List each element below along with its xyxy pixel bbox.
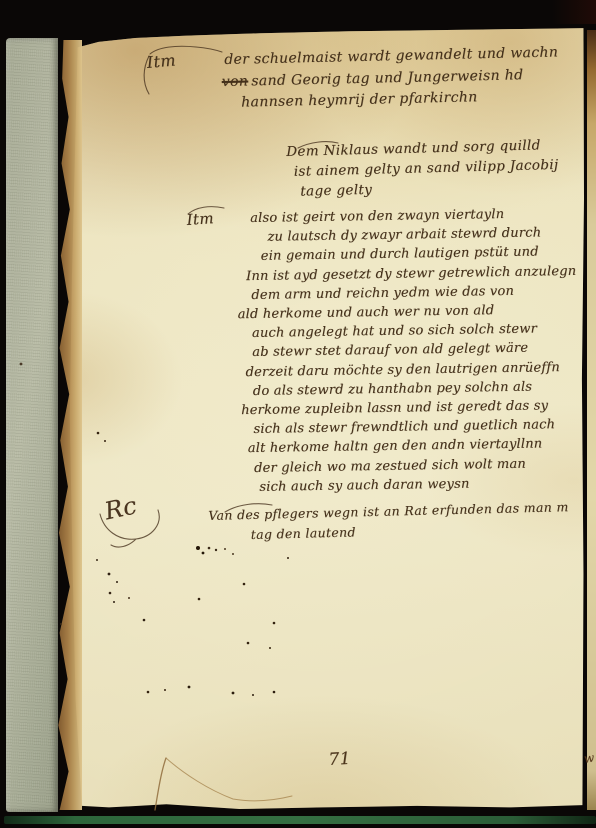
line-text: sand Georig tag und Jungerweisn hd — [251, 67, 523, 89]
edge-pen-mark: w — [583, 751, 595, 766]
folio-number: 71 — [328, 749, 351, 770]
entry-2: Dem Niklaus wandt und sorg quilld ist ai… — [286, 135, 559, 202]
entry-1: der schuelmaist wardt gewandelt und wach… — [224, 42, 559, 114]
underlying-page-edge — [587, 30, 596, 810]
ink-specks — [0, 0, 2, 2]
item-marker-1: Itm — [146, 50, 177, 71]
item-marker-2: Itm — [186, 209, 214, 229]
table-edge-strip — [4, 816, 596, 824]
book-cover-edge — [6, 38, 58, 812]
photo-corner-shading — [552, 0, 596, 24]
struck-word: von — [222, 73, 249, 90]
entry-3: also ist geirt von den zwayn viertayln z… — [250, 204, 580, 497]
manuscript-photo: Itm der schuelmaist wardt gewandelt und … — [0, 0, 596, 828]
